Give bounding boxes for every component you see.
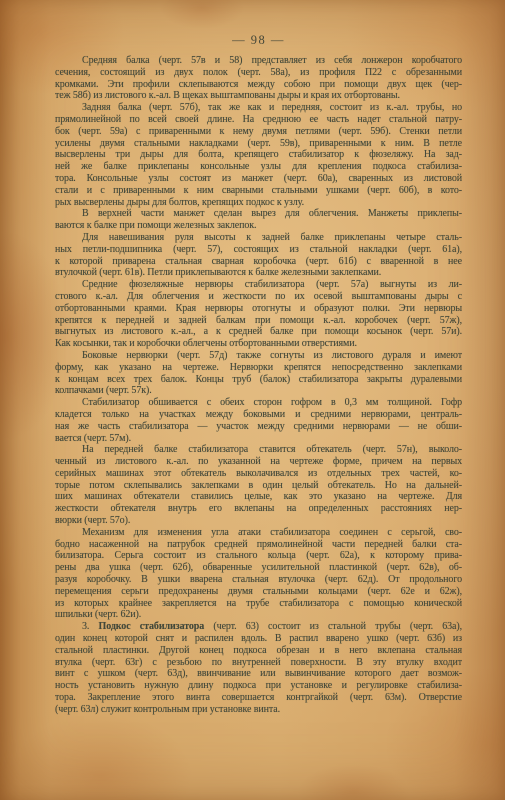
- paragraph: Средние фюзеляжные нервюры стабилизатора…: [55, 279, 462, 350]
- text-line: перемещения серьги предохранены двумя ст…: [55, 586, 462, 598]
- text-line: высверлены три дыры для болта, крепящего…: [55, 149, 462, 161]
- page-number: — 98 —: [55, 33, 462, 48]
- paragraph: Механизм для изменения угла атаки стабил…: [55, 527, 462, 621]
- text-line: стальной пластинки. Другой конец подкоса…: [55, 645, 462, 657]
- text-line: винт с ушком (черт. 63д), ввинчивание ил…: [55, 668, 462, 680]
- text-line: тора. Консольные узлы состоят из манжет …: [55, 173, 462, 185]
- text-block: Средняя балка (черт. 57в и 58) представл…: [55, 55, 462, 716]
- text-line: билизатора. Серьга состоит из стального …: [55, 550, 462, 562]
- scanned-book-page: — 98 — Средняя балка (черт. 57в и 58) пр…: [0, 0, 505, 800]
- text-line: сечения, состоящий из двух полок (черт. …: [55, 67, 462, 79]
- text-line: прямолинейной по всей своей длине. На ср…: [55, 114, 462, 126]
- text-line: серийных машинах этот обтекатель выколач…: [55, 468, 462, 480]
- text-line: ших машинах обтекатели ставились целые, …: [55, 491, 462, 503]
- text-line: ных петли-подшипника (черт. 57), состоящ…: [55, 244, 462, 256]
- paragraph: Средняя балка (черт. 57в и 58) представл…: [55, 55, 462, 102]
- text-line: бок (черт. 59а) с приваренными к нему дв…: [55, 126, 462, 138]
- text-line: форму, как указано на чертеже. Нервюрки …: [55, 362, 462, 374]
- text-line: ная же часть стабилизатора — участок меж…: [55, 421, 462, 433]
- text-line: втулочкой (черт. 61в). Петли приклепываю…: [55, 267, 462, 279]
- paragraph: Для навешивания руля высоты к задней бал…: [55, 232, 462, 279]
- paragraph: Стабилизатор обшивается с обеих сторон г…: [55, 397, 462, 444]
- text-line: рены два ушка (черт. 62б), обваренные ус…: [55, 562, 462, 574]
- text-line: к концам всех трех балок. Концы труб (ба…: [55, 374, 462, 386]
- text-line: выгнутых из листового к.-ал., а к средне…: [55, 326, 462, 338]
- text-line: кромками. Эти профили склепываются между…: [55, 79, 462, 91]
- text-line: Как косынки, так и коробочки облегчены о…: [55, 338, 462, 350]
- text-line: тора. Закрепление этого винта совершаетс…: [55, 692, 462, 704]
- paragraph: Задняя балка (черт. 57б), так же как и п…: [55, 102, 462, 208]
- paragraph: На передней балке стабилизатора ставится…: [55, 444, 462, 527]
- text-line: ней же балке приклепаны консольные узлы …: [55, 161, 462, 173]
- text-line: бодно насаженной на патрубок средней пря…: [55, 539, 462, 551]
- text-line: усилены двумя стальными накладками (черт…: [55, 138, 462, 150]
- text-line: разуя коробочку. В ушки вварена стальная…: [55, 574, 462, 586]
- text-line: На передней балке стабилизатора ставится…: [55, 444, 462, 456]
- text-line: из которых крайнее закрепляется на трубе…: [55, 598, 462, 610]
- text-line: В верхней части манжет сделан вырез для …: [55, 208, 462, 220]
- paragraph: 3. Подкос стабилизатора (черт. 63) состо…: [55, 621, 462, 715]
- text-line: вается (черт. 57м).: [55, 433, 462, 445]
- text-line: ваются к балке при помощи железных закле…: [55, 220, 462, 232]
- text-line: шпильки (черт. 62и).: [55, 609, 462, 621]
- text-line: ченный из листового к.-ал. по указанной …: [55, 456, 462, 468]
- paragraph: Боковые нервюрки (черт. 57д) также согну…: [55, 350, 462, 397]
- text-line: Задняя балка (черт. 57б), так же как и п…: [55, 102, 462, 114]
- text-line: ность установить нужную длину подкоса пр…: [55, 680, 462, 692]
- text-line: стового к.-ал. Для облегчения и жесткост…: [55, 291, 462, 303]
- paragraph: В верхней части манжет сделан вырез для …: [55, 208, 462, 232]
- text-line: кладется только на участках между боковы…: [55, 409, 462, 421]
- text-line: втулка (черт. 63г) с резьбою по внутренн…: [55, 657, 462, 669]
- text-line: теж 58б) из листового к.-ал. В щеках выш…: [55, 90, 462, 102]
- text-line: стали и с приваренными к ним сварными ст…: [55, 185, 462, 197]
- text-line: Стабилизатор обшивается с обеих сторон г…: [55, 397, 462, 409]
- text-line: Боковые нервюрки (черт. 57д) также согну…: [55, 350, 462, 362]
- text-line: торые потом склепывались заклепками в од…: [55, 480, 462, 492]
- text-line: Средняя балка (черт. 57в и 58) представл…: [55, 55, 462, 67]
- text-line: крепятся к передней и задней балкам при …: [55, 315, 462, 327]
- text-line: жесткости обтекателя внутрь его вклепаны…: [55, 503, 462, 515]
- bold-heading: Подкос стабилизатора: [99, 621, 205, 632]
- text-line: (черт. 63л) служит контрольным при устан…: [55, 704, 462, 716]
- text-line: колпачками (черт. 57к).: [55, 385, 462, 397]
- text-line: вюрки (черт. 57о).: [55, 515, 462, 527]
- text-line: один конец которой снят и распилен вдоль…: [55, 633, 462, 645]
- text-line: Средние фюзеляжные нервюры стабилизатора…: [55, 279, 462, 291]
- text-line: 3. Подкос стабилизатора (черт. 63) состо…: [55, 621, 462, 633]
- text-line: рых высверлены дыры для болтов, крепящих…: [55, 197, 462, 209]
- text-line: Механизм для изменения угла атаки стабил…: [55, 527, 462, 539]
- text-line: Для навешивания руля высоты к задней бал…: [55, 232, 462, 244]
- text-line: к которой приварена стальная сварная кор…: [55, 256, 462, 268]
- text-line: отбортованными краями. Края нервюры отог…: [55, 303, 462, 315]
